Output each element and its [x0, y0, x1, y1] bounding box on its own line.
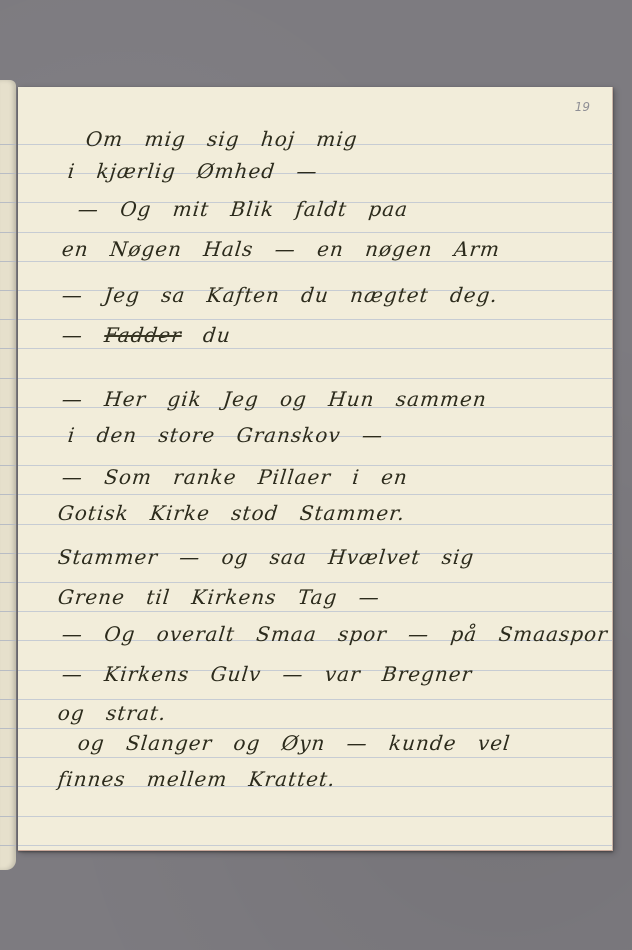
page-number: 19 [575, 100, 590, 114]
ruled-line [18, 611, 612, 612]
ruled-line [18, 845, 612, 846]
line-prefix: — [61, 323, 106, 347]
handwritten-line: og Slanger og Øyn — kunde vel [77, 731, 614, 755]
ruled-line [0, 465, 16, 466]
ruled-line [18, 582, 612, 583]
handwritten-line: i den store Granskov — [67, 423, 614, 447]
ruled-line [0, 261, 16, 262]
ruled-line [0, 494, 16, 495]
ruled-line [0, 640, 16, 641]
ruled-line [0, 348, 16, 349]
ruled-line [18, 728, 612, 729]
ruled-line [0, 524, 16, 525]
ruled-line [18, 319, 612, 320]
ruled-line [18, 378, 612, 379]
adjacent-page-edge [0, 80, 16, 870]
handwritten-line: — Som ranke Pillaer i en [61, 465, 614, 489]
ruled-line [0, 757, 16, 758]
ruled-line [0, 786, 16, 787]
handwritten-line: — Fadder du [61, 323, 614, 347]
ruled-line [0, 728, 16, 729]
ruled-line [18, 494, 612, 495]
handwritten-line: en Nøgen Hals — en nøgen Arm [61, 237, 614, 261]
line-suffix: du [181, 323, 233, 347]
handwritten-line: — Kirkens Gulv — var Bregner [61, 662, 614, 686]
handwritten-line: — Og overalt Smaa spor — på Smaaspor [61, 622, 614, 646]
handwritten-line: Om mig sig hoj mig [85, 127, 614, 151]
handwritten-line: Grene til Kirkens Tag — [57, 585, 614, 609]
ruled-line [18, 699, 612, 700]
ruled-line [0, 144, 16, 145]
ruled-line [0, 290, 16, 291]
handwritten-line: og strat. [57, 701, 614, 725]
ruled-line [18, 261, 612, 262]
ruled-line [0, 319, 16, 320]
ruled-line [0, 699, 16, 700]
ruled-line [0, 553, 16, 554]
ruled-line [0, 202, 16, 203]
ruled-line [0, 407, 16, 408]
ruled-line [0, 582, 16, 583]
ruled-line [0, 816, 16, 817]
ruled-line [18, 232, 612, 233]
ruled-line [0, 845, 16, 846]
ruled-line [0, 611, 16, 612]
handwritten-line: i kjærlig Ømhed — [67, 159, 614, 183]
ruled-line [0, 436, 16, 437]
handwritten-line: — Jeg sa Kaften du nægtet deg. [61, 283, 614, 307]
struck-word: Fadder [103, 323, 183, 347]
ruled-line [0, 232, 16, 233]
handwritten-line: finnes mellem Krattet. [57, 767, 614, 791]
ruled-line [0, 378, 16, 379]
handwritten-line: Stammer — og saa Hvælvet sig [57, 545, 614, 569]
ruled-line [0, 670, 16, 671]
ruled-line [18, 816, 612, 817]
handwritten-line: Gotisk Kirke stod Stammer. [57, 501, 614, 525]
notebook-page: 19 Om mig sig hoj migi kjærlig Ømhed —— … [18, 87, 613, 851]
ruled-line [18, 348, 612, 349]
handwritten-line: — Og mit Blik faldt paa [77, 197, 614, 221]
ruled-line [0, 173, 16, 174]
handwritten-line: — Her gik Jeg og Hun sammen [61, 387, 614, 411]
ruled-line [18, 757, 612, 758]
